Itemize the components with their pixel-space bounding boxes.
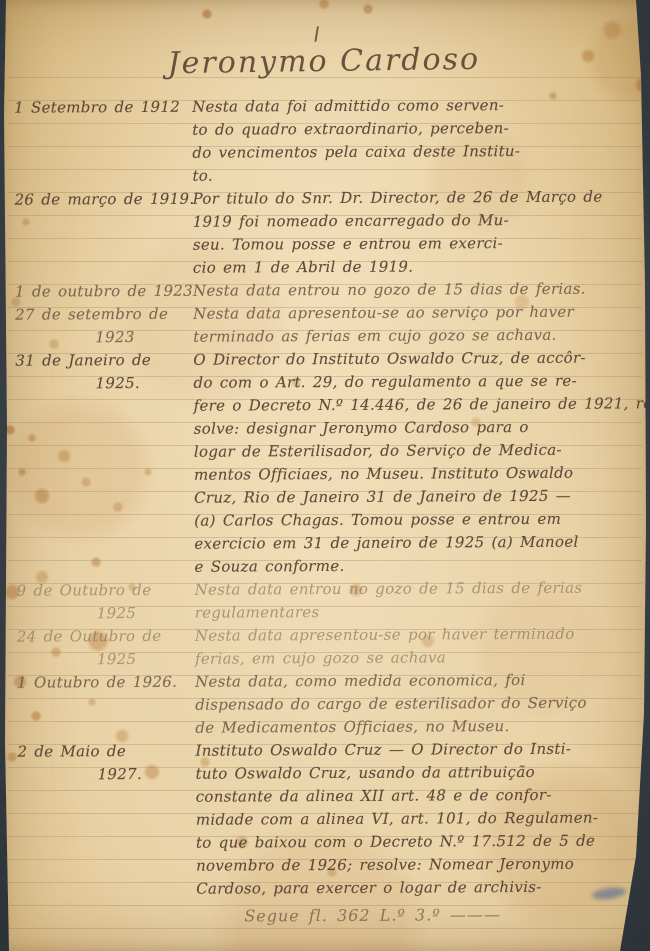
pen-mark — [314, 26, 319, 42]
entry-date-line: 24 de Outubro de — [17, 625, 195, 649]
ledger-entry: 9 de Outubro de1925 Nesta data entrou no… — [15, 576, 639, 625]
entry-text-line: Nesta data foi admittido como serven- — [192, 93, 636, 118]
entry-text-line: 1919 foi nomeado encarregado do Mu- — [193, 208, 637, 233]
ledger-entry: 1 Outubro de 1926. Nesta data, como medi… — [15, 668, 639, 740]
entry-date: 1 de outubro de 1923 — [13, 280, 193, 304]
entry-text: Nesta data foi admittido como serven-to … — [192, 93, 636, 187]
entry-text-line: terminado as ferias em cujo gozo se acha… — [193, 323, 637, 348]
entry-text-line: do vencimentos pela caixa deste Institu- — [192, 139, 636, 164]
entry-text-line: logar de Esterilisador, do Serviço de Me… — [194, 438, 638, 463]
ledger-entry: 27 de setembro de1923 Nesta data apresen… — [13, 300, 637, 349]
page-content: Jeronymo Cardoso 1 Setembro de 1912 Nest… — [12, 0, 641, 951]
entry-text-line: e Souza conforme. — [194, 553, 638, 578]
entry-text-line: Nesta data entrou no gozo de 15 dias de … — [195, 576, 639, 601]
photo-backdrop: Jeronymo Cardoso 1 Setembro de 1912 Nest… — [0, 0, 650, 951]
entry-text-line: novembro de 1926; resolve: Nomear Jerony… — [196, 852, 640, 877]
ledger-entry: 1 de outubro de 1923 Nesta data entrou n… — [13, 277, 637, 303]
entry-text-line: seu. Tomou posse e entrou em exerci- — [193, 231, 637, 256]
entry-text-line: de Medicamentos Officiaes, no Museu. — [195, 714, 639, 739]
entry-date-line: 1 Outubro de 1926. — [17, 671, 195, 695]
entry-text-line: to. — [192, 162, 636, 187]
entry-date-line: 2 de Maio de — [17, 740, 195, 764]
entry-date: 1 Setembro de 1912 — [12, 96, 192, 120]
entry-date: 1 Outubro de 1926. — [15, 671, 195, 695]
entry-text: Nesta data entrou no gozo de 15 dias de … — [193, 277, 637, 302]
entry-text-line: solve: designar Jeronymo Cardoso para o — [194, 415, 638, 440]
ledger-entry: 1 Setembro de 1912 Nesta data foi admitt… — [12, 93, 636, 188]
entry-date: 26 de março de 1919. — [12, 188, 192, 212]
entry-date-line: 1925. — [15, 372, 193, 396]
entry-text-line: ferias, em cujo gozo se achava — [195, 645, 639, 670]
entry-text-line: to do quadro extraordinario, perceben- — [192, 116, 636, 141]
ledger-entry: 31 de Janeiro de1925. O Director do Inst… — [13, 346, 638, 579]
entry-text-line: regulamentares — [195, 599, 639, 624]
entry-text-line: Por titulo do Snr. Dr. Director, de 26 d… — [192, 185, 636, 210]
entry-date-line: 1 Setembro de 1912 — [14, 96, 192, 120]
entry-date-line: 9 de Outubro de — [17, 579, 195, 603]
entry-date: 2 de Maio de1927. — [15, 740, 195, 787]
entry-date-line: 1927. — [18, 763, 196, 787]
entry-text-line: fere o Decreto N.º 14.446, de 26 de jane… — [194, 392, 638, 417]
entry-date-line: 26 de março de 1919. — [14, 188, 192, 212]
document-page: Jeronymo Cardoso 1 Setembro de 1912 Nest… — [0, 0, 650, 951]
entry-text: Instituto Oswaldo Cruz — O Director do I… — [195, 737, 640, 900]
entry-text-line: dispensado do cargo de esterilisador do … — [195, 691, 639, 716]
entry-text-line: cio em 1 de Abril de 1919. — [193, 254, 637, 279]
footer-note: Segue fl. 362 L.º 3.º ——— — [16, 904, 640, 926]
entry-text: Nesta data entrou no gozo de 15 dias de … — [195, 576, 639, 624]
entry-text-line: Nesta data apresentou-se por haver termi… — [195, 622, 639, 647]
entry-text-line: Cardoso, para exercer o logar de archivi… — [196, 875, 640, 900]
entry-date: 27 de setembro de1923 — [13, 303, 193, 350]
entry-text-line: (a) Carlos Chagas. Tomou posse e entrou … — [194, 507, 638, 532]
entry-text: Por titulo do Snr. Dr. Director, de 26 d… — [192, 185, 636, 279]
ledger-entries: 1 Setembro de 1912 Nesta data foi admitt… — [12, 93, 640, 901]
ledger-entry: 26 de março de 1919. Por titulo do Snr. … — [12, 185, 636, 280]
entry-date: 24 de Outubro de1925 — [15, 625, 195, 672]
entry-text-line: exercicio em 31 de janeiro de 1925 (a) M… — [194, 530, 638, 555]
entry-text: Nesta data, como medida economica, foidi… — [195, 668, 639, 739]
ledger-entry: 2 de Maio de1927. Instituto Oswaldo Cruz… — [15, 737, 640, 901]
entry-date-line: 1923 — [15, 326, 193, 350]
entry-date-line: 1925 — [17, 648, 195, 672]
entry-text-line: do com o Art. 29, do regulamento a que s… — [193, 369, 637, 394]
entry-text-line: Instituto Oswaldo Cruz — O Director do I… — [195, 737, 639, 762]
entry-text-line: mentos Officiaes, no Museu. Instituto Os… — [194, 461, 638, 486]
entry-text-line: Nesta data apresentou-se ao serviço por … — [193, 300, 637, 325]
page-title: Jeronymo Cardoso — [12, 40, 636, 84]
entry-date-line: 27 de setembro de — [15, 303, 193, 327]
entry-text-line: constante da alinea XII art. 48 e de con… — [196, 783, 640, 808]
entry-text-line: tuto Oswaldo Cruz, usando da attribuição — [196, 760, 640, 785]
entry-date: 9 de Outubro de1925 — [15, 579, 195, 626]
entry-text-line: midade com a alinea VI, art. 101, do Reg… — [196, 806, 640, 831]
entry-text-line: O Director do Instituto Oswaldo Cruz, de… — [193, 346, 637, 371]
entry-text: O Director do Instituto Oswaldo Cruz, de… — [193, 346, 638, 578]
entry-date-line: 1 de outubro de 1923 — [15, 280, 193, 304]
entry-text-line: Cruz, Rio de Janeiro 31 de Janeiro de 19… — [194, 484, 638, 509]
ledger-entry: 24 de Outubro de1925 Nesta data apresent… — [15, 622, 639, 671]
entry-date-line: 31 de Janeiro de — [15, 349, 193, 373]
entry-text-line: Nesta data entrou no gozo de 15 dias de … — [193, 277, 637, 302]
entry-text-line: Nesta data, como medida economica, foi — [195, 668, 639, 693]
entry-text-line: to que baixou com o Decreto N.º 17.512 d… — [196, 829, 640, 854]
entry-text: Nesta data apresentou-se ao serviço por … — [193, 300, 637, 348]
entry-date-line: 1925 — [17, 602, 195, 626]
entry-text: Nesta data apresentou-se por haver termi… — [195, 622, 639, 670]
entry-date: 31 de Janeiro de1925. — [13, 349, 193, 396]
